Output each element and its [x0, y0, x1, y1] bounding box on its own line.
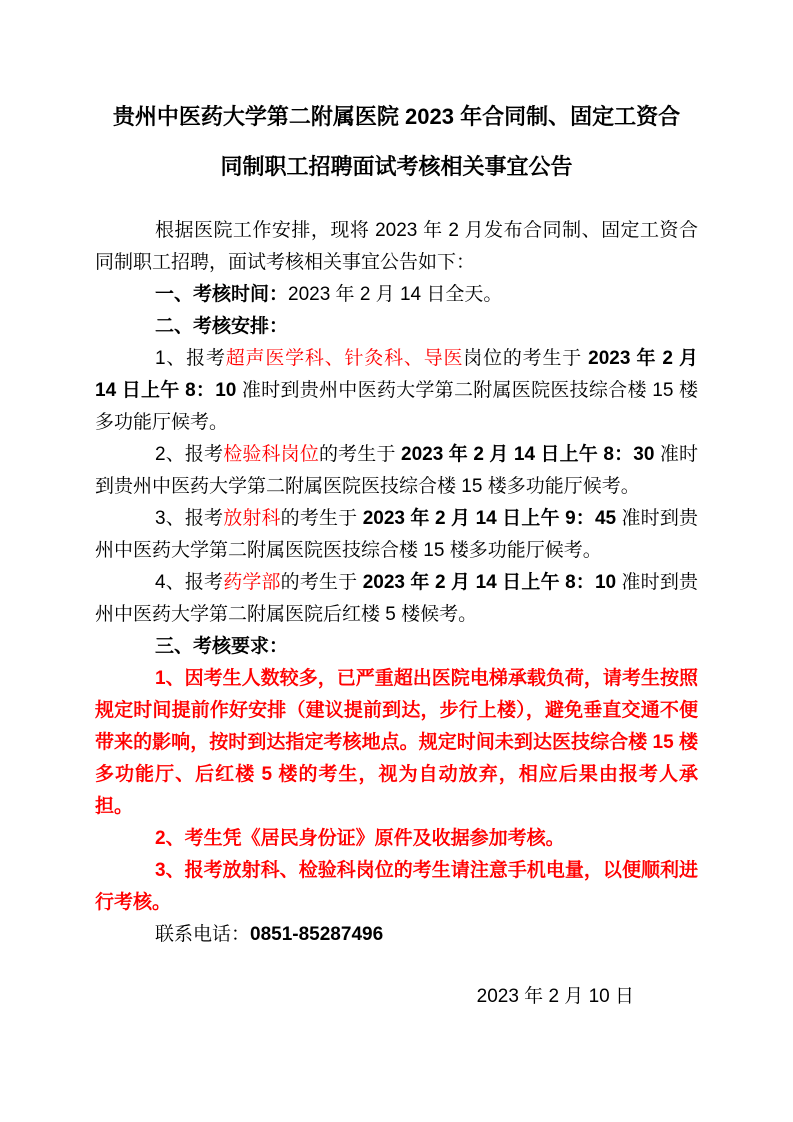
document-title: 贵州中医药大学第二附属医院 2023 年合同制、固定工资合 同制职工招聘面试考核… — [95, 92, 698, 192]
item-2-prefix: 2、报考 — [155, 444, 223, 465]
contact-phone-number: 0851-85287496 — [250, 924, 383, 945]
document-body: 根据医院工作安排，现将 2023 年 2 月发布合同制、固定工资合同制职工招聘，… — [95, 215, 698, 1013]
item-3-departments: 放射科 — [223, 508, 280, 529]
section-heading-requirements: 三、考核要求： — [95, 631, 698, 663]
exam-item-3: 3、报考放射科的考生于 2023 年 2 月 14 日上午 9：45 准时到贵州… — [95, 503, 698, 567]
item-4-time: 2023 年 2 月 14 日上午 8：10 — [363, 572, 616, 593]
intro-paragraph: 根据医院工作安排，现将 2023 年 2 月发布合同制、固定工资合同制职工招聘，… — [95, 215, 698, 279]
item-3-mid: 的考生于 — [281, 508, 363, 529]
item-3-prefix: 3、报考 — [155, 508, 223, 529]
exam-item-1: 1、报考超声医学科、针灸科、导医岗位的考生于 2023 年 2 月 14 日上午… — [95, 343, 698, 439]
document-page: 贵州中医药大学第二附属医院 2023 年合同制、固定工资合 同制职工招聘面试考核… — [0, 0, 793, 1122]
requirement-3: 3、报考放射科、检验科岗位的考生请注意手机电量，以便顺利进行考核。 — [95, 855, 698, 919]
item-1-prefix: 1、报考 — [155, 348, 226, 369]
section-1-label: 一、考核时间： — [155, 284, 288, 305]
item-2-mid: 的考生于 — [319, 444, 401, 465]
exam-item-4: 4、报考药学部的考生于 2023 年 2 月 14 日上午 8：10 准时到贵州… — [95, 567, 698, 631]
item-4-prefix: 4、报考 — [155, 572, 223, 593]
exam-item-2: 2、报考检验科岗位的考生于 2023 年 2 月 14 日上午 8：30 准时到… — [95, 439, 698, 503]
contact-line: 联系电话：0851-85287496 — [95, 919, 698, 951]
section-heading-time: 一、考核时间：2023 年 2 月 14 日全天。 — [95, 279, 698, 311]
contact-label: 联系电话： — [155, 924, 250, 945]
intro-text: 根据医院工作安排，现将 2023 年 2 月发布合同制、固定工资合同制职工招聘，… — [95, 220, 698, 273]
title-line-1: 贵州中医药大学第二附属医院 2023 年合同制、固定工资合 — [95, 92, 698, 142]
item-4-departments: 药学部 — [223, 572, 280, 593]
section-3-label: 三、考核要求： — [155, 636, 288, 657]
section-1-value: 2023 年 2 月 14 日全天。 — [288, 284, 502, 305]
requirement-2: 2、考生凭《居民身份证》原件及收据参加考核。 — [95, 823, 698, 855]
item-3-time: 2023 年 2 月 14 日上午 9：45 — [363, 508, 616, 529]
item-1-mid: 岗位的考生于 — [463, 348, 588, 369]
item-1-departments: 超声医学科、针灸科、导医 — [226, 348, 464, 369]
section-2-label: 二、考核安排： — [155, 316, 288, 337]
item-2-departments: 检验科岗位 — [223, 444, 319, 465]
section-heading-arrangement: 二、考核安排： — [95, 311, 698, 343]
title-line-2: 同制职工招聘面试考核相关事宜公告 — [95, 142, 698, 192]
item-2-time: 2023 年 2 月 14 日上午 8：30 — [401, 444, 654, 465]
item-4-mid: 的考生于 — [281, 572, 363, 593]
document-date: 2023 年 2 月 10 日 — [95, 981, 698, 1013]
requirement-1: 1、因考生人数较多，已严重超出医院电梯承载负荷，请考生按照规定时间提前作好安排（… — [95, 663, 698, 823]
